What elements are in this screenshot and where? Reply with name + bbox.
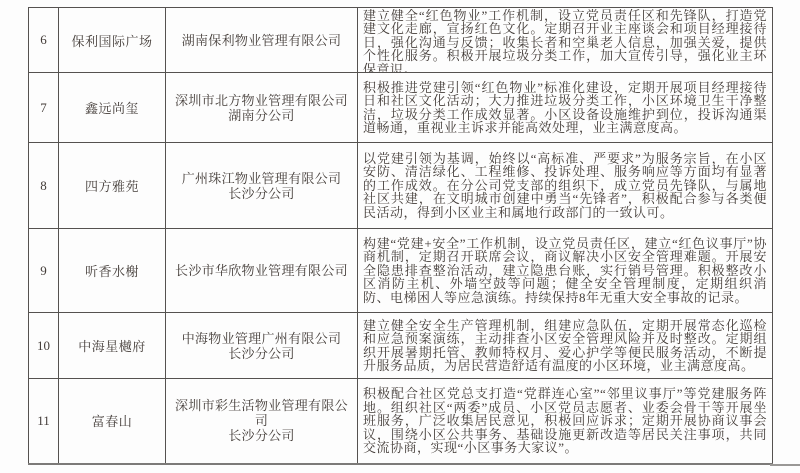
company-cell: 深圳市北方物业管理有限公司 湖南分公司 bbox=[166, 73, 358, 143]
description-text: 建立健全安全生产管理机制，组建应急队伍，定期开展常态化巡检和应急预案演练，主动排… bbox=[363, 319, 767, 373]
table-body: 6保利国际广场湖南保利物业管理有限公司建立健全“红色物业”工作机制，设立党员责任… bbox=[29, 8, 773, 464]
description-text: 积极推进党建引领“红色物业”标准化建设，定期开展项目经理接待日和社区文化活动；大… bbox=[363, 81, 767, 135]
description-cell: 建立健全安全生产管理机制，组建应急队伍，定期开展常态化巡检和应急预案演练，主动排… bbox=[358, 313, 773, 379]
table-row: 11富春山深圳市彩生活物业管理有限公司 长沙分公司积极配合社区党总支打造“党群连… bbox=[29, 379, 773, 464]
project-name-cell: 四方雅苑 bbox=[59, 143, 166, 229]
table-row: 8四方雅苑广州珠江物业管理有限公司 长沙分公司以党建引领为基调，始终以“高标准、… bbox=[29, 143, 773, 229]
property-awards-table: 6保利国际广场湖南保利物业管理有限公司建立健全“红色物业”工作机制，设立党员责任… bbox=[28, 7, 773, 465]
project-name-cell: 保利国际广场 bbox=[59, 8, 166, 73]
row-number-cell: 6 bbox=[29, 8, 59, 73]
description-text: 构建“党建+安全”工作机制，设立党员责任区，建立“红色议事厅”协商机制，定期召开… bbox=[363, 237, 767, 305]
document-page: 6保利国际广场湖南保利物业管理有限公司建立健全“红色物业”工作机制，设立党员责任… bbox=[0, 0, 800, 473]
row-number-cell: 9 bbox=[29, 229, 59, 313]
description-cell: 以党建引领为基调，始终以“高标准、严要求”为服务宗旨，在小区安防、清洁绿化、工程… bbox=[358, 143, 773, 229]
table-row: 6保利国际广场湖南保利物业管理有限公司建立健全“红色物业”工作机制，设立党员责任… bbox=[29, 8, 773, 73]
company-cell: 湖南保利物业管理有限公司 bbox=[166, 8, 358, 73]
row-number-cell: 7 bbox=[29, 73, 59, 143]
row-number-cell: 10 bbox=[29, 313, 59, 379]
table-row: 10中海星樾府中海物业管理广州有限公司 长沙分公司建立健全安全生产管理机制，组建… bbox=[29, 313, 773, 379]
description-text: 积极配合社区党总支打造“党群连心室”“邻里议事厅”等党建服务阵地。组织社区“两委… bbox=[363, 387, 767, 455]
company-cell: 广州珠江物业管理有限公司 长沙分公司 bbox=[166, 143, 358, 229]
description-text: 以党建引领为基调，始终以“高标准、严要求”为服务宗旨，在小区安防、清洁绿化、工程… bbox=[363, 152, 767, 220]
company-cell: 长沙市华欣物业管理有限公司 bbox=[166, 229, 358, 313]
row-number-cell: 8 bbox=[29, 143, 59, 229]
project-name-cell: 听香水榭 bbox=[59, 229, 166, 313]
description-cell: 构建“党建+安全”工作机制，设立党员责任区，建立“红色议事厅”协商机制，定期召开… bbox=[358, 229, 773, 313]
description-cell: 积极配合社区党总支打造“党群连心室”“邻里议事厅”等党建服务阵地。组织社区“两委… bbox=[358, 379, 773, 464]
project-name-cell: 富春山 bbox=[59, 379, 166, 464]
project-name-cell: 鑫远尚玺 bbox=[59, 73, 166, 143]
bottom-page-rule bbox=[770, 464, 800, 466]
company-cell: 深圳市彩生活物业管理有限公司 长沙分公司 bbox=[166, 379, 358, 464]
row-number-cell: 11 bbox=[29, 379, 59, 464]
description-text: 建立健全“红色物业”工作机制，设立党员责任区和先锋队，打造党建文化走廊，宣扬红色… bbox=[363, 9, 767, 72]
project-name-cell: 中海星樾府 bbox=[59, 313, 166, 379]
description-cell: 积极推进党建引领“红色物业”标准化建设，定期开展项目经理接待日和社区文化活动；大… bbox=[358, 73, 773, 143]
table-row: 7鑫远尚玺深圳市北方物业管理有限公司 湖南分公司积极推进党建引领“红色物业”标准… bbox=[29, 73, 773, 143]
table-row: 9听香水榭长沙市华欣物业管理有限公司构建“党建+安全”工作机制，设立党员责任区，… bbox=[29, 229, 773, 313]
company-cell: 中海物业管理广州有限公司 长沙分公司 bbox=[166, 313, 358, 379]
description-cell: 建立健全“红色物业”工作机制，设立党员责任区和先锋队，打造党建文化走廊，宣扬红色… bbox=[358, 8, 773, 73]
